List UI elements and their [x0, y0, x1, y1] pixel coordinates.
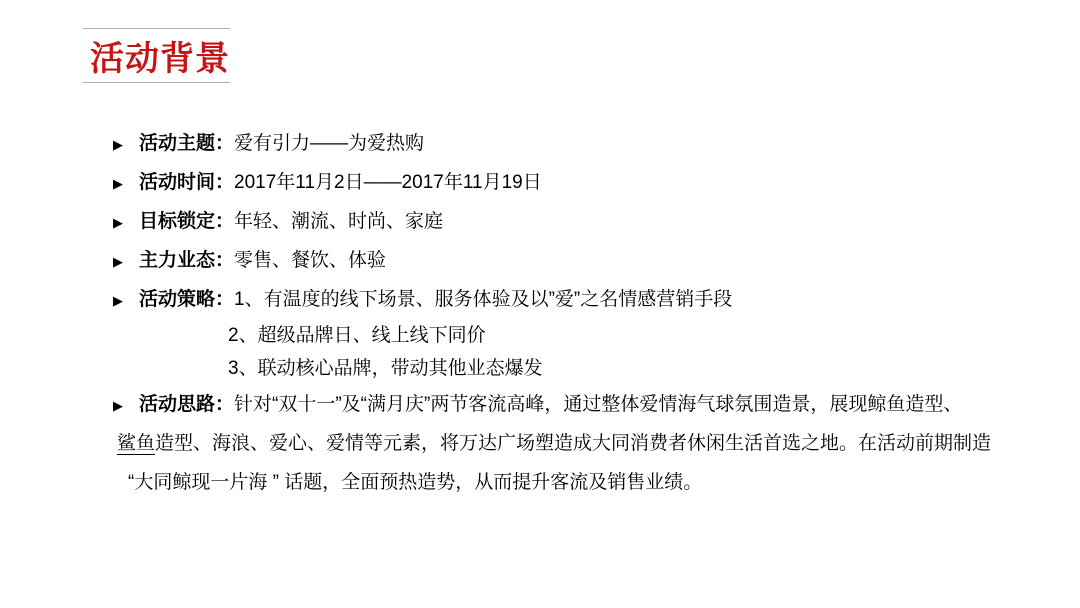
triangle-bullet-icon: ▶: [113, 125, 139, 164]
bullet-list: ▶活动主题：爱有引力——为爱热购 ▶活动时间：2017年11月2日——2017年…: [113, 124, 1043, 502]
bullet-thought-line3: “大同鲸现一片海 ” 话题，全面预热造势，从而提升客流及销售业绩。: [113, 463, 1043, 502]
bullet-time-text: 2017年11月2日——2017年11月19日: [234, 172, 542, 193]
bullet-business: ▶主力业态：零售、餐饮、体验: [113, 241, 1043, 280]
bullet-thought-line3-text: “大同鲸现一片海 ” 话题，全面预热造势，从而提升客流及销售业绩。: [128, 472, 702, 493]
bullet-business-text: 零售、餐饮、体验: [234, 250, 386, 271]
title-divider-bottom: [83, 82, 230, 83]
bullet-strategy-line2-text: 2、超级品牌日、线上线下同价: [228, 325, 486, 346]
triangle-bullet-icon: ▶: [113, 203, 139, 242]
bullet-time: ▶活动时间：2017年11月2日——2017年11月19日: [113, 163, 1043, 202]
bullet-target: ▶目标锁定：年轻、潮流、时尚、家庭: [113, 202, 1043, 241]
bullet-theme-text: 爱有引力——为爱热购: [234, 133, 424, 154]
bullet-thought-line1: 针对“双十一”及“满月庆”两节客流高峰，通过整体爱情海气球氛围造景，展现鲸鱼造型…: [234, 394, 962, 415]
bullet-strategy-line2: 2、超级品牌日、线上线下同价: [113, 319, 1043, 352]
bullet-theme: ▶活动主题：爱有引力——为爱热购: [113, 124, 1043, 163]
bullet-thought-line2-rest: 造型、海浪、爱心、爱情等元素，将万达广场塑造成大同消费者休闲生活首选之地。在活动…: [155, 433, 991, 454]
bullet-strategy-line3-text: 3、联动核心品牌，带动其他业态爆发: [228, 358, 543, 379]
bullet-strategy-label: 活动策略：: [139, 289, 234, 310]
bullet-thought-line2: 鲨鱼造型、海浪、爱心、爱情等元素，将万达广场塑造成大同消费者休闲生活首选之地。在…: [113, 424, 1043, 463]
bullet-strategy-line1: 1、有温度的线下场景、服务体验及以”爱”之名情感营销手段: [234, 289, 732, 310]
bullet-thought-label: 活动思路：: [139, 394, 234, 415]
title-block: 活动背景: [83, 28, 230, 83]
bullet-thought-line2-underlined: 鲨鱼: [117, 433, 155, 455]
bullet-target-text: 年轻、潮流、时尚、家庭: [234, 211, 443, 232]
bullet-target-label: 目标锁定：: [139, 211, 234, 232]
triangle-bullet-icon: ▶: [113, 386, 139, 425]
bullet-theme-label: 活动主题：: [139, 133, 234, 154]
bullet-time-label: 活动时间：: [139, 172, 234, 193]
triangle-bullet-icon: ▶: [113, 242, 139, 281]
slide: 活动背景 ▶活动主题：爱有引力——为爱热购 ▶活动时间：2017年11月2日——…: [0, 0, 1080, 608]
triangle-bullet-icon: ▶: [113, 281, 139, 320]
bullet-business-label: 主力业态：: [139, 250, 234, 271]
bullet-strategy: ▶活动策略：1、有温度的线下场景、服务体验及以”爱”之名情感营销手段: [113, 280, 1043, 319]
page-title: 活动背景: [83, 29, 230, 82]
triangle-bullet-icon: ▶: [113, 164, 139, 203]
bullet-thought: ▶活动思路：针对“双十一”及“满月庆”两节客流高峰，通过整体爱情海气球氛围造景，…: [113, 385, 1043, 424]
bullet-strategy-line3: 3、联动核心品牌，带动其他业态爆发: [113, 352, 1043, 385]
